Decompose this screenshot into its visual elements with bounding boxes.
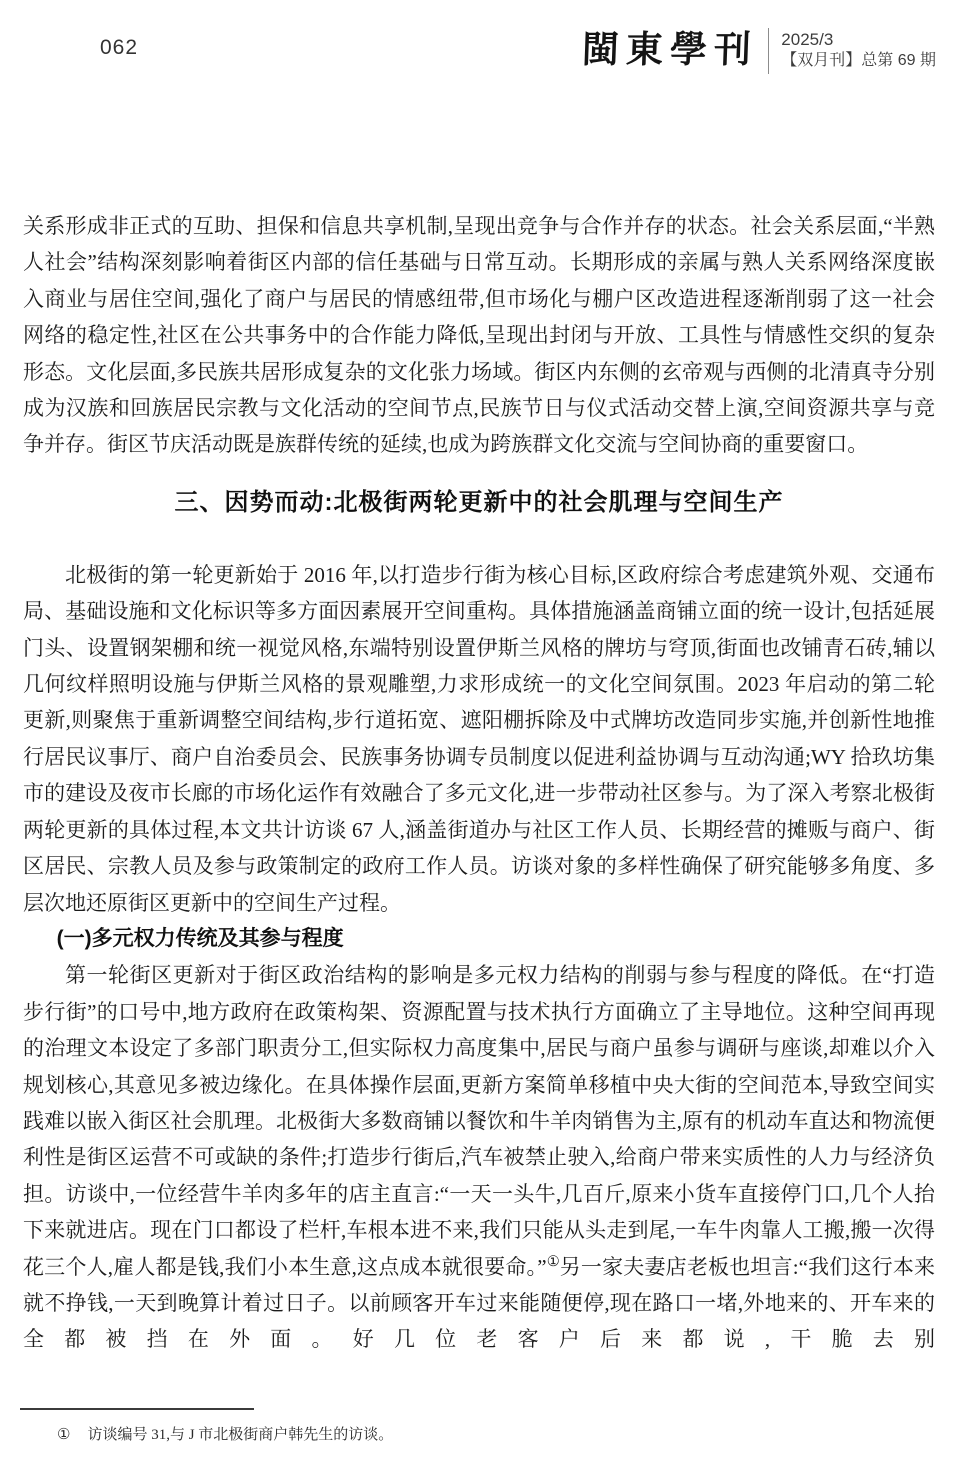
issue-volume: 2025/3: [781, 29, 936, 50]
footnote-divider: [20, 1408, 254, 1410]
footnote-ref-marker: ①: [547, 1254, 560, 1270]
section-heading: 三、因势而动:北极街两轮更新中的社会肌理与空间生产: [23, 488, 935, 518]
footnote-text: 访谈编号 31,与 J 市北极街商户韩先生的访谈。: [87, 1427, 393, 1443]
paragraph-power-text-a: 第一轮街区更新对于街区政治结构的影响是多元权力结构的削弱与参与程度的降低。在“打…: [23, 963, 935, 1278]
journal-logo: 閩東學刊: [581, 26, 769, 72]
article-body: 关系形成非正式的互助、担保和信息共享机制,呈现出竞争与合作并存的状态。社会关系层…: [23, 208, 935, 1358]
issue-info-block: 2025/3 【双月刊】总第 69 期: [781, 26, 936, 72]
journal-masthead: 閩東學刊 2025/3 【双月刊】总第 69 期: [582, 26, 936, 74]
footnote: ①访谈编号 31,与 J 市北极街商户韩先生的访谈。: [57, 1425, 935, 1445]
paragraph-round1: 北极街的第一轮更新始于 2016 年,以打造步行街为核心目标,区政府综合考虑建筑…: [23, 557, 935, 921]
paragraph-continuation: 关系形成非正式的互助、担保和信息共享机制,呈现出竞争与合作并存的状态。社会关系层…: [23, 208, 935, 463]
issue-number: 【双月刊】总第 69 期: [781, 50, 936, 72]
footnote-marker: ①: [57, 1427, 70, 1443]
page-number: 062: [100, 36, 138, 60]
journal-page: 062 閩東學刊 2025/3 【双月刊】总第 69 期 关系形成非正式的互助、…: [0, 0, 958, 1476]
subsection-heading: (一)多元权力传统及其参与程度: [23, 921, 935, 957]
page-header: 062 閩東學刊 2025/3 【双月刊】总第 69 期: [0, 0, 958, 90]
footnote-area: ①访谈编号 31,与 J 市北极街商户韩先生的访谈。: [20, 1408, 935, 1445]
paragraph-power-structure: 第一轮街区更新对于街区政治结构的影响是多元权力结构的削弱与参与程度的降低。在“打…: [23, 957, 935, 1357]
